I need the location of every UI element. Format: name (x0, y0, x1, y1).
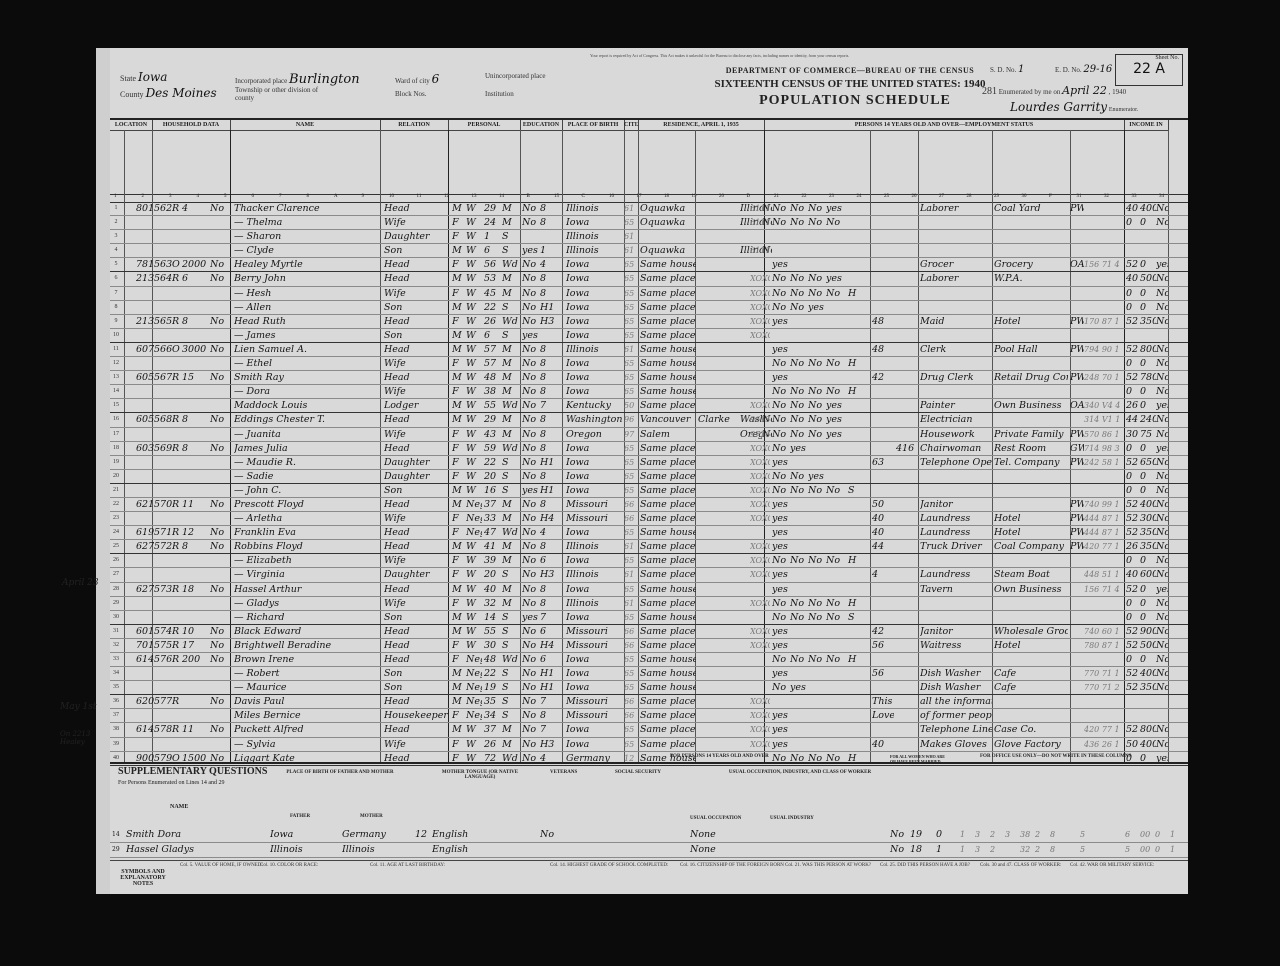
cell-relation: Wife (384, 287, 448, 300)
cell-class: PW (1070, 512, 1084, 525)
cell-code-d: 6111 (750, 216, 770, 229)
cell-occupation: Dish Washer (920, 681, 992, 694)
cell-grade: H4 (540, 512, 556, 525)
cell-res-city: Same place (640, 639, 696, 652)
cell-res-city: Same place (640, 695, 696, 708)
cell-own: O (172, 343, 182, 356)
cell-birthplace: Iowa (566, 301, 624, 314)
cell-c27: 416 (896, 442, 918, 455)
cell-visit: 568 (154, 413, 172, 426)
cell-birthplace: Iowa (566, 526, 624, 539)
column-number: 13 (472, 194, 477, 199)
cell-code: 65 (624, 526, 638, 539)
cell-res-city: Same place (640, 272, 696, 285)
cell-c21: yes (772, 343, 788, 356)
cell-code: 61 (624, 202, 638, 215)
cell-occupation: Laundress (920, 568, 992, 581)
cell-income: 350 (1140, 526, 1156, 539)
cell-grade: 6 (540, 625, 556, 638)
cell-race: Neg (466, 681, 482, 694)
cell-race: W (466, 583, 482, 596)
cell-house: 619 (136, 526, 154, 539)
cell-visit: 576 (154, 653, 172, 666)
cell-c24: No (826, 611, 842, 624)
line-number: 35 (110, 681, 122, 694)
supp-office-cell: 3 (975, 828, 989, 841)
column-number: 32 (1104, 194, 1109, 199)
cell-sex: F (452, 357, 464, 370)
table-row: 24619571R12NoFranklin EvaHeadFNeg47WdNo4… (110, 526, 1188, 540)
table-row: 16605568R8NoEddings Chester T.HeadMW29MN… (110, 413, 1188, 427)
cell-name: Davis Paul (234, 695, 380, 708)
cell-house: 627 (136, 583, 154, 596)
cell-income: 0 (1140, 611, 1156, 624)
cell-industry: Retail Drug Company (994, 371, 1068, 384)
cell-occupation: Maid (920, 315, 992, 328)
cell-value: 6 (182, 272, 208, 285)
cell-age: 22 (484, 301, 500, 314)
cell-grade: 8 (540, 442, 556, 455)
cell-sex: F (452, 554, 464, 567)
cell-school: No (522, 287, 538, 300)
line-number: 2 (110, 216, 122, 229)
cell-sex: F (452, 456, 464, 469)
cell-c22: No (790, 385, 806, 398)
cell-grade: 8 (540, 709, 556, 722)
cell-other: No (1156, 371, 1168, 384)
cell-grade: H3 (540, 315, 556, 328)
cell-c21: No (772, 357, 788, 370)
note-col16: Col. 16. CITIZENSHIP OF THE FOREIGN BORN (680, 863, 784, 868)
cell-class: PW (1070, 343, 1084, 356)
ed-value: 29-16 (1083, 64, 1112, 75)
cell-name: Head Ruth (234, 315, 380, 328)
supp-office-cell: 3 (1005, 828, 1019, 841)
cell-race: Neg (466, 695, 482, 708)
cell-income: 300 (1140, 512, 1156, 525)
cell-marital: S (502, 301, 520, 314)
cell-c26: 42 (872, 625, 894, 638)
cell-name: — Ethel (234, 357, 380, 370)
column-number: 26 (912, 194, 917, 199)
cell-sex: F (452, 385, 464, 398)
cell-birthplace: Iowa (566, 456, 624, 469)
supp-office-cell: 2 (1035, 843, 1049, 856)
supp-mother-header: MOTHER (360, 814, 383, 819)
cell-income: 0 (1140, 216, 1156, 229)
cell-birthplace: Iowa (566, 583, 624, 596)
cell-own: R (172, 540, 182, 553)
cell-other: No (1156, 498, 1168, 511)
cell-grade: 8 (540, 202, 556, 215)
cell-c23: No (808, 287, 824, 300)
group-birthplace: PLACE OF BIRTH (562, 120, 625, 131)
cell-race: W (466, 272, 482, 285)
cell-race: W (466, 315, 482, 328)
township-label: Township or other division of county (235, 86, 325, 102)
supp-cell-occupation: None (690, 843, 760, 856)
cell-own: R (172, 625, 182, 638)
cell-code-d: XOXO (750, 709, 770, 722)
cell-race: W (466, 244, 482, 257)
cell-house: 627 (136, 540, 154, 553)
cell-race: W (466, 456, 482, 469)
supp-cell-occupation: None (690, 828, 760, 841)
cell-marital: M (502, 413, 520, 426)
supp-office-cell: 00 (1140, 828, 1154, 841)
cell-relation: Son (384, 667, 448, 680)
line-number: 6 (110, 272, 122, 285)
cell-farm: No (210, 498, 230, 511)
cell-weeks: 52 (1126, 583, 1140, 596)
supp-office-cell: 6 (1125, 828, 1139, 841)
cell-c22: No (790, 357, 806, 370)
cell-name: Lien Samuel A. (234, 343, 380, 356)
supp-cell-father: Illinois (270, 843, 340, 856)
cell-race: W (466, 484, 482, 497)
cell-res-city: Same house (640, 681, 696, 694)
cell-occupation: Telephone Lineman (920, 723, 992, 736)
cell-weeks: 30 (1126, 428, 1140, 441)
note-col30: Cols. 30 and 47. CLASS OF WORKER: (980, 863, 1061, 868)
cell-value: 200 (182, 653, 208, 666)
cell-marital: S (502, 568, 520, 581)
supp-office-cell: 2 (1035, 828, 1049, 841)
supp-row: 14Smith DoraIowaGermany12EnglishNoNoneNo… (110, 828, 1188, 843)
cell-code: 97 (624, 428, 638, 441)
cell-c21: No (772, 681, 788, 694)
cell-code-d: XOXO (750, 272, 770, 285)
cell-c26: 56 (872, 667, 894, 680)
cell-visit: 573 (154, 583, 172, 596)
table-row: 36620577RNoDavis PaulHeadMNeg35SNo7Misso… (110, 695, 1188, 709)
cell-value: 18 (182, 583, 208, 596)
supp-cell-mother: Illinois (342, 843, 412, 856)
incorporated-place-value: Burlington (289, 72, 360, 87)
margin-note-line36: On 2213 Healey (60, 730, 96, 746)
cell-income: 75 (1140, 428, 1156, 441)
line-number: 36 (110, 695, 122, 708)
cell-weeks: 0 (1126, 301, 1140, 314)
cell-code-f: 436 26 1 (1084, 738, 1124, 751)
cell-c21: No (772, 287, 788, 300)
cell-c24: No (826, 385, 842, 398)
cell-income: 780 (1140, 371, 1156, 384)
cell-c22: No (790, 287, 806, 300)
supp-cell-name: Smith Dora (126, 828, 266, 841)
cell-birthplace: Iowa (566, 385, 624, 398)
cell-visit: 578 (154, 723, 172, 736)
cell-race: W (466, 611, 482, 624)
supp-title: SUPPLEMENTARY QUESTIONS (118, 766, 267, 777)
cell-c22: yes (790, 442, 806, 455)
supp-veterans-header: VETERANS (550, 770, 577, 775)
cell-c24: No (826, 484, 842, 497)
cell-c22: No (790, 554, 806, 567)
cell-res-county: Clarke (698, 413, 738, 426)
cell-value: 8 (182, 315, 208, 328)
sheet-number-box: Sheet No. 22 A (1115, 54, 1183, 86)
cell-age: 29 (484, 202, 500, 215)
cell-school: No (522, 653, 538, 666)
cell-school: No (522, 399, 538, 412)
cell-c25: H (848, 385, 868, 398)
cell-c24: yes (826, 202, 842, 215)
cell-age: 19 (484, 681, 500, 694)
cell-other: No (1156, 287, 1168, 300)
cell-race: W (466, 470, 482, 483)
cell-code-f: 156 71 4 (1084, 583, 1124, 596)
cell-code-d: 9615 (750, 413, 770, 426)
cell-c25: S (848, 484, 868, 497)
cell-occupation: Clerk (920, 343, 992, 356)
cell-race: W (466, 357, 482, 370)
cell-class: PW (1070, 498, 1084, 511)
cell-relation: Son (384, 301, 448, 314)
cell-school: No (522, 625, 538, 638)
cell-c23: No (808, 216, 824, 229)
cell-code-d: XOXO (750, 738, 770, 751)
cell-c21: yes (772, 639, 788, 652)
cell-grade: 8 (540, 357, 556, 370)
cell-occupation: Truck Driver (920, 540, 992, 553)
cell-marital: M (502, 554, 520, 567)
cell-sex: F (452, 442, 464, 455)
cell-relation: Wife (384, 554, 448, 567)
cell-code: 65 (624, 484, 638, 497)
cell-name: Franklin Eva (234, 526, 380, 539)
line-number: 10 (110, 329, 122, 342)
cell-school: No (522, 470, 538, 483)
group-personal: PERSONAL DESCRIPTION (448, 120, 521, 131)
cell-value: 11 (182, 498, 208, 511)
cell-marital: M (502, 597, 520, 610)
cell-weeks: 26 (1126, 540, 1140, 553)
cell-name: Hassel Arthur (234, 583, 380, 596)
supp-ss-header: SOCIAL SECURITY (615, 770, 661, 775)
supp-father-header: FATHER (290, 814, 310, 819)
cell-age: 1 (484, 230, 500, 243)
table-row: 30— RichardSonMW14Syes7Iowa65Same houseN… (110, 611, 1188, 625)
cell-marital: M (502, 512, 520, 525)
note-col25: Col. 25. DID THIS PERSON HAVE A JOB? (880, 863, 970, 868)
column-number: 6 (252, 194, 255, 199)
cell-visit: 575 (154, 639, 172, 652)
cell-industry: Rest Room (994, 442, 1068, 455)
cell-res-city: Same house (640, 667, 696, 680)
cell-c22: No (790, 653, 806, 666)
cell-c23: No (808, 428, 824, 441)
supp-row: 29Hassel GladysIllinoisIllinoisEnglishNo… (110, 843, 1188, 858)
cell-farm: No (210, 343, 230, 356)
cell-code-f: 740 60 1 (1084, 625, 1124, 638)
cell-occupation: Waitress (920, 639, 992, 652)
cell-value: 8 (182, 540, 208, 553)
note-col10: Col. 10. COLOR OR RACE: (260, 863, 318, 868)
cell-birthplace: Illinois (566, 540, 624, 553)
cell-sex: M (452, 343, 464, 356)
cell-class: PW (1070, 428, 1084, 441)
notes-title: SYMBOLS AND EXPLANATORY NOTES (118, 869, 168, 887)
cell-school: No (522, 512, 538, 525)
cell-c22: yes (790, 681, 806, 694)
cell-c22: No (790, 216, 806, 229)
table-row: 3— SharonDaughterFW1SIllinois61 (110, 230, 1188, 244)
cell-age: 24 (484, 216, 500, 229)
cell-industry: Steam Boat (994, 568, 1068, 581)
cell-name: Puckett Alfred (234, 723, 380, 736)
cell-name: — Clyde (234, 244, 380, 257)
cell-relation: Wife (384, 216, 448, 229)
cell-value: 15 (182, 371, 208, 384)
cell-marital: S (502, 625, 520, 638)
table-row: 37Miles BerniceHousekeeperFNeg34SNo8Miss… (110, 709, 1188, 723)
cell-relation: Head (384, 272, 448, 285)
cell-c25: S (848, 611, 868, 624)
cell-c23: yes (808, 301, 824, 314)
cell-other: No (1156, 456, 1168, 469)
cell-industry: Private Family (994, 428, 1068, 441)
cell-race: W (466, 540, 482, 553)
cell-visit: 565 (154, 315, 172, 328)
cell-school: No (522, 498, 538, 511)
cell-c22: No (790, 428, 806, 441)
column-number: 25 (884, 194, 889, 199)
cell-res-city: Same place (640, 512, 696, 525)
cell-sex: M (452, 244, 464, 257)
cell-marital: M (502, 371, 520, 384)
cell-grade: 1 (540, 244, 556, 257)
cell-age: 55 (484, 399, 500, 412)
cell-code-d: XOXO (750, 512, 770, 525)
cell-res-city: Salem (640, 428, 696, 441)
cell-race: W (466, 554, 482, 567)
supp-office-cell: 00 (1140, 843, 1154, 856)
cell-school: No (522, 681, 538, 694)
cell-birthplace: Iowa (566, 653, 624, 666)
cell-birthplace: Illinois (566, 597, 624, 610)
cell-weeks: 0 (1126, 287, 1140, 300)
cell-code: 65 (624, 442, 638, 455)
cell-code: 65 (624, 738, 638, 751)
cell-sex: F (452, 428, 464, 441)
cell-code-d: 6111 (750, 244, 770, 257)
cell-grade: 8 (540, 216, 556, 229)
supp-office-cell: 5 (1125, 843, 1139, 856)
cell-farm: No (210, 526, 230, 539)
cell-code: 65 (624, 301, 638, 314)
cell-marital: S (502, 484, 520, 497)
cell-industry: Hotel (994, 315, 1068, 328)
cell-c21: yes (772, 512, 788, 525)
cell-race: W (466, 428, 482, 441)
cell-code-f: 740 99 1 (1084, 498, 1124, 511)
cell-value: 10 (182, 625, 208, 638)
column-number: F (1049, 194, 1052, 199)
supp-office-cell: 8 (1050, 828, 1064, 841)
cell-own: R (172, 583, 182, 596)
cell-occupation: Painter (920, 399, 992, 412)
cell-other: yes (1156, 258, 1168, 271)
cell-birthplace: Illinois (566, 244, 624, 257)
group-relation: RELATION (380, 120, 449, 131)
line-number: 34 (110, 667, 122, 680)
cell-weeks: 52 (1126, 371, 1140, 384)
cell-other: No (1156, 216, 1168, 229)
cell-school: No (522, 709, 538, 722)
cell-industry: Own Business (994, 583, 1068, 596)
column-number: 31 (1077, 194, 1082, 199)
cell-c23: yes (808, 470, 824, 483)
line-number: 3 (110, 230, 122, 243)
cell-other: No (1156, 554, 1168, 567)
cell-race: W (466, 723, 482, 736)
cell-race: W (466, 371, 482, 384)
cell-marital: M (502, 202, 520, 215)
cell-c24: No (826, 216, 842, 229)
cell-name: Smith Ray (234, 371, 380, 384)
cell-code: 65 (624, 272, 638, 285)
cell-race: W (466, 230, 482, 243)
cell-c24: No (826, 554, 842, 567)
cell-school: No (522, 442, 538, 455)
cell-res-city: Same place (640, 568, 696, 581)
cell-res-city: Same place (640, 470, 696, 483)
cell-house: 605 (136, 371, 154, 384)
cell-class: OA (1070, 258, 1084, 271)
cell-relation: Wife (384, 357, 448, 370)
cell-grade: H1 (540, 456, 556, 469)
supp-subtitle: For Persons Enumerated on Lines 14 and 2… (118, 780, 224, 786)
cell-visit: 570 (154, 498, 172, 511)
cell-marital: M (502, 738, 520, 751)
table-row: 26— ElizabethWifeFW39MNo6Iowa65Same plac… (110, 554, 1188, 568)
line-number: 18 (110, 442, 122, 455)
cell-other: No (1156, 512, 1168, 525)
cell-code: 65 (624, 385, 638, 398)
cell-code: 61 (624, 244, 638, 257)
cell-res-city: Same place (640, 484, 696, 497)
cell-own: R (172, 723, 182, 736)
supp-cell-code: 12 (415, 828, 429, 841)
table-row: 14— DoraWifeFW38MNo8Iowa65Same houseNoNo… (110, 385, 1188, 399)
cell-relation: Head (384, 540, 448, 553)
supp-women-header: FOR ALL WOMEN WHO ARE OR HAVE BEEN MARRI… (890, 754, 950, 764)
cell-code: 50 (624, 399, 638, 412)
supp-office-cell: 1 (960, 828, 974, 841)
cell-c21: No (772, 653, 788, 666)
cell-code: 66 (624, 512, 638, 525)
cell-occupation: Laundress (920, 526, 992, 539)
line-number: 13 (110, 371, 122, 384)
cell-relation: Head (384, 202, 448, 215)
supp-office-cell: 38 (1020, 828, 1034, 841)
cell-weeks: 52 (1126, 681, 1140, 694)
cell-relation: Housekeeper (384, 709, 448, 722)
cell-industry: Case Co. (994, 723, 1068, 736)
cell-c24: yes (826, 428, 842, 441)
cell-birthplace: Iowa (566, 470, 624, 483)
cell-code-d: XOXO (750, 639, 770, 652)
cell-code-d: 9716 (750, 428, 770, 441)
cell-value: 3000 (182, 343, 208, 356)
cell-c21: No (772, 470, 788, 483)
cell-marital: S (502, 695, 520, 708)
cell-c23: No (808, 554, 824, 567)
cell-weeks: 0 (1126, 611, 1140, 624)
supp-cell-line: 14 (112, 828, 124, 841)
cell-other: No (1156, 272, 1168, 285)
